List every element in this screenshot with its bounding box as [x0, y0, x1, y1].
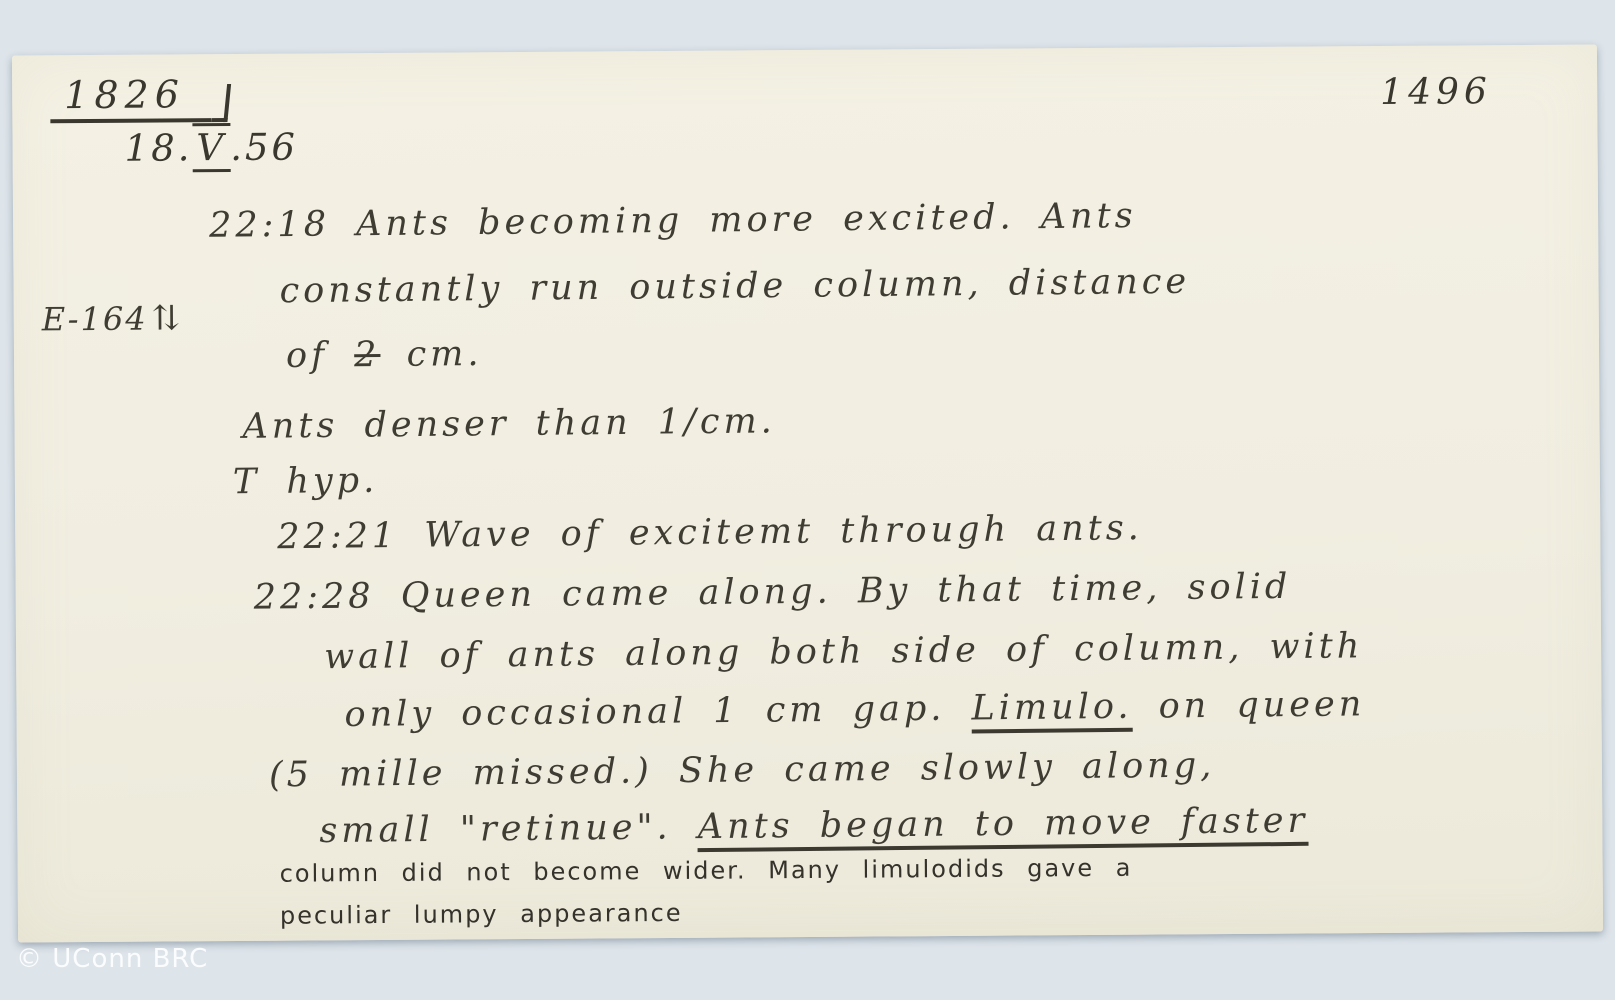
- note-line: wall of ants along both side of column, …: [324, 626, 1364, 677]
- note-line: constantly run outside column, distance: [279, 262, 1190, 312]
- note-line: T hyp.: [233, 461, 379, 503]
- date: 18.V.56: [124, 126, 298, 170]
- note-line: only occasional 1 cm gap. Limulo. on que…: [344, 684, 1365, 735]
- note-line: Ants denser than 1/cm.: [242, 401, 776, 447]
- note-line: small "retinue". Ants began to move fast…: [319, 801, 1308, 851]
- catalog-number-text: 1826: [50, 72, 211, 123]
- note-line: of 2 cm.: [286, 334, 483, 376]
- date-day: 18.: [124, 126, 192, 169]
- struck-number: 2: [354, 335, 381, 375]
- corner-bracket-mark: [211, 84, 231, 122]
- note-line-text: cm.: [380, 334, 482, 375]
- date-month-roman: V: [192, 123, 230, 172]
- date-year: .56: [230, 126, 298, 169]
- note-line: 22:18 Ants becoming more excited. Ants: [209, 196, 1137, 246]
- specimen-margin-label: E-164⇅: [42, 298, 181, 339]
- note-line: 22:28 Queen came along. By that time, so…: [254, 567, 1292, 618]
- watermark: © UConn BRC: [16, 944, 208, 974]
- note-line-text: on queen: [1132, 684, 1365, 726]
- note-line: (5 mille missed.) She came slowly along,: [269, 746, 1216, 796]
- specimen-label-text: E-164: [42, 300, 148, 339]
- underlined-phrase: Ants began to move faster: [698, 801, 1309, 852]
- catalog-number: 1826: [50, 72, 229, 123]
- note-line-text: small "retinue".: [319, 807, 698, 851]
- note-line-text: of: [286, 335, 355, 376]
- note-line: 22:21 Wave of excitemt through ants.: [277, 508, 1143, 557]
- up-down-arrows-icon: ⇅: [151, 298, 180, 338]
- note-line: column did not become wider. Many limulo…: [280, 854, 1133, 888]
- note-line-text: only occasional 1 cm gap.: [344, 688, 971, 735]
- note-line: peculiar lumpy appearance: [280, 899, 683, 930]
- underlined-word: Limulo.: [971, 687, 1132, 734]
- note-card: 1826 18.V.56 1496 E-164⇅ 22:18 Ants beco…: [12, 44, 1603, 942]
- page-number: 1496: [1380, 71, 1492, 113]
